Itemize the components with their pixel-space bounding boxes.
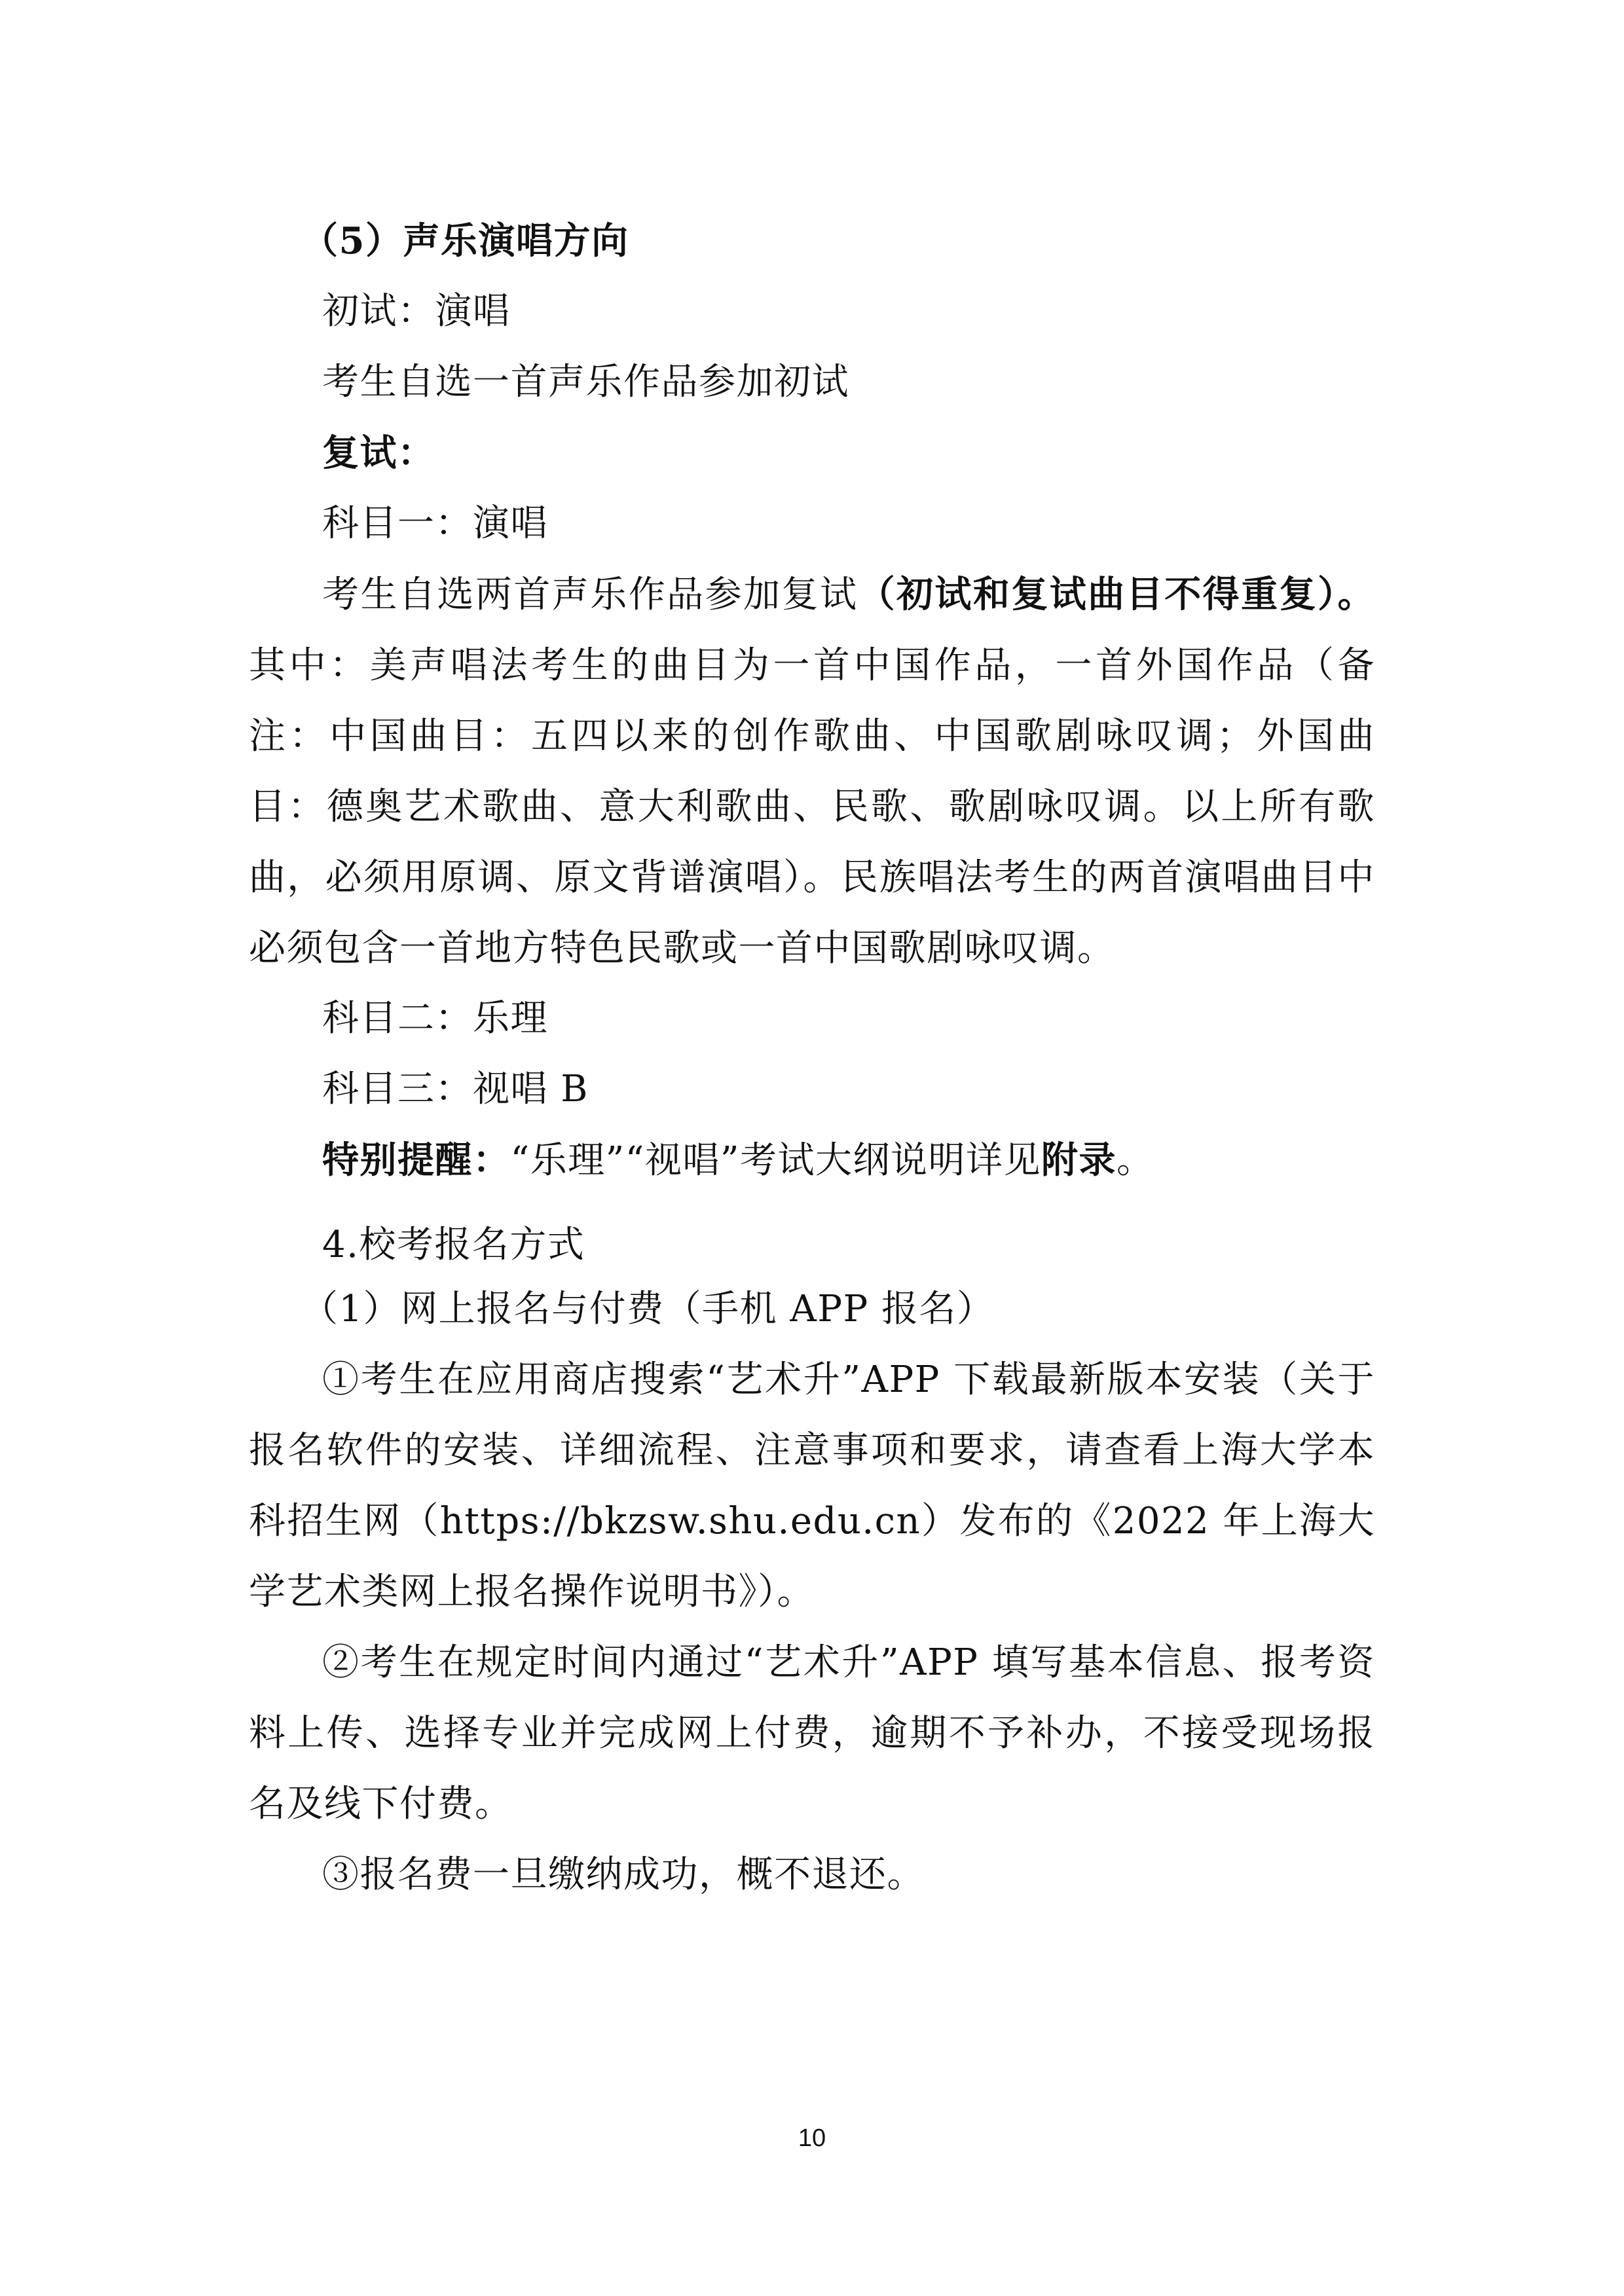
section-heading-registration: 4.校考报名方式 — [249, 1210, 1449, 1281]
reminder-label: 特别提醒： — [322, 1139, 511, 1182]
subject-two: 科目二：乐理 — [249, 983, 1449, 1054]
subject-three: 科目三：视唱 B — [249, 1054, 1449, 1125]
registration-item-1: ①考生在应用商店搜索“艺术升”APP 下载最新版本安装（关于报名软件的安装、详细… — [249, 1345, 1375, 1628]
section-heading-vocal: （5）声乐演唱方向 — [249, 206, 1428, 276]
appendix-reference: 附录 — [1041, 1139, 1116, 1182]
retest-label: 复试： — [249, 418, 1449, 488]
special-reminder: 特别提醒：“乐理”“视唱”考试大纲说明详见附录。 — [249, 1125, 1449, 1195]
reminder-text: “乐理”“视唱”考试大纲说明详见 — [511, 1139, 1042, 1182]
subject-one: 科目一：演唱 — [249, 488, 1449, 559]
retest-bold-note: （初试和复试曲目不得重复）。 — [858, 573, 1375, 616]
retest-body: 其中：美声唱法考生的曲目为一首中国作品，一首外国作品（备注：中国曲目：五四以来的… — [249, 644, 1375, 970]
retest-intro: 考生自选两首声乐作品参加复试 — [322, 574, 858, 616]
retest-paragraph: 考生自选两首声乐作品参加复试（初试和复试曲目不得重复）。其中：美声唱法考生的曲目… — [249, 559, 1375, 984]
subsection-heading-online: （1）网上报名与付费（手机 APP 报名） — [249, 1274, 1428, 1345]
preliminary-label: 初试：演唱 — [249, 276, 1449, 347]
reminder-end: 。 — [1116, 1139, 1154, 1182]
registration-item-2: ②考生在规定时间内通过“艺术升”APP 填写基本信息、报考资料上传、选择专业并完… — [249, 1628, 1375, 1840]
page-number: 10 — [0, 2124, 1624, 2153]
preliminary-text: 考生自选一首声乐作品参加初试 — [249, 347, 1449, 418]
registration-item-3: ③报名费一旦缴纳成功，概不退还。 — [249, 1840, 1375, 1910]
